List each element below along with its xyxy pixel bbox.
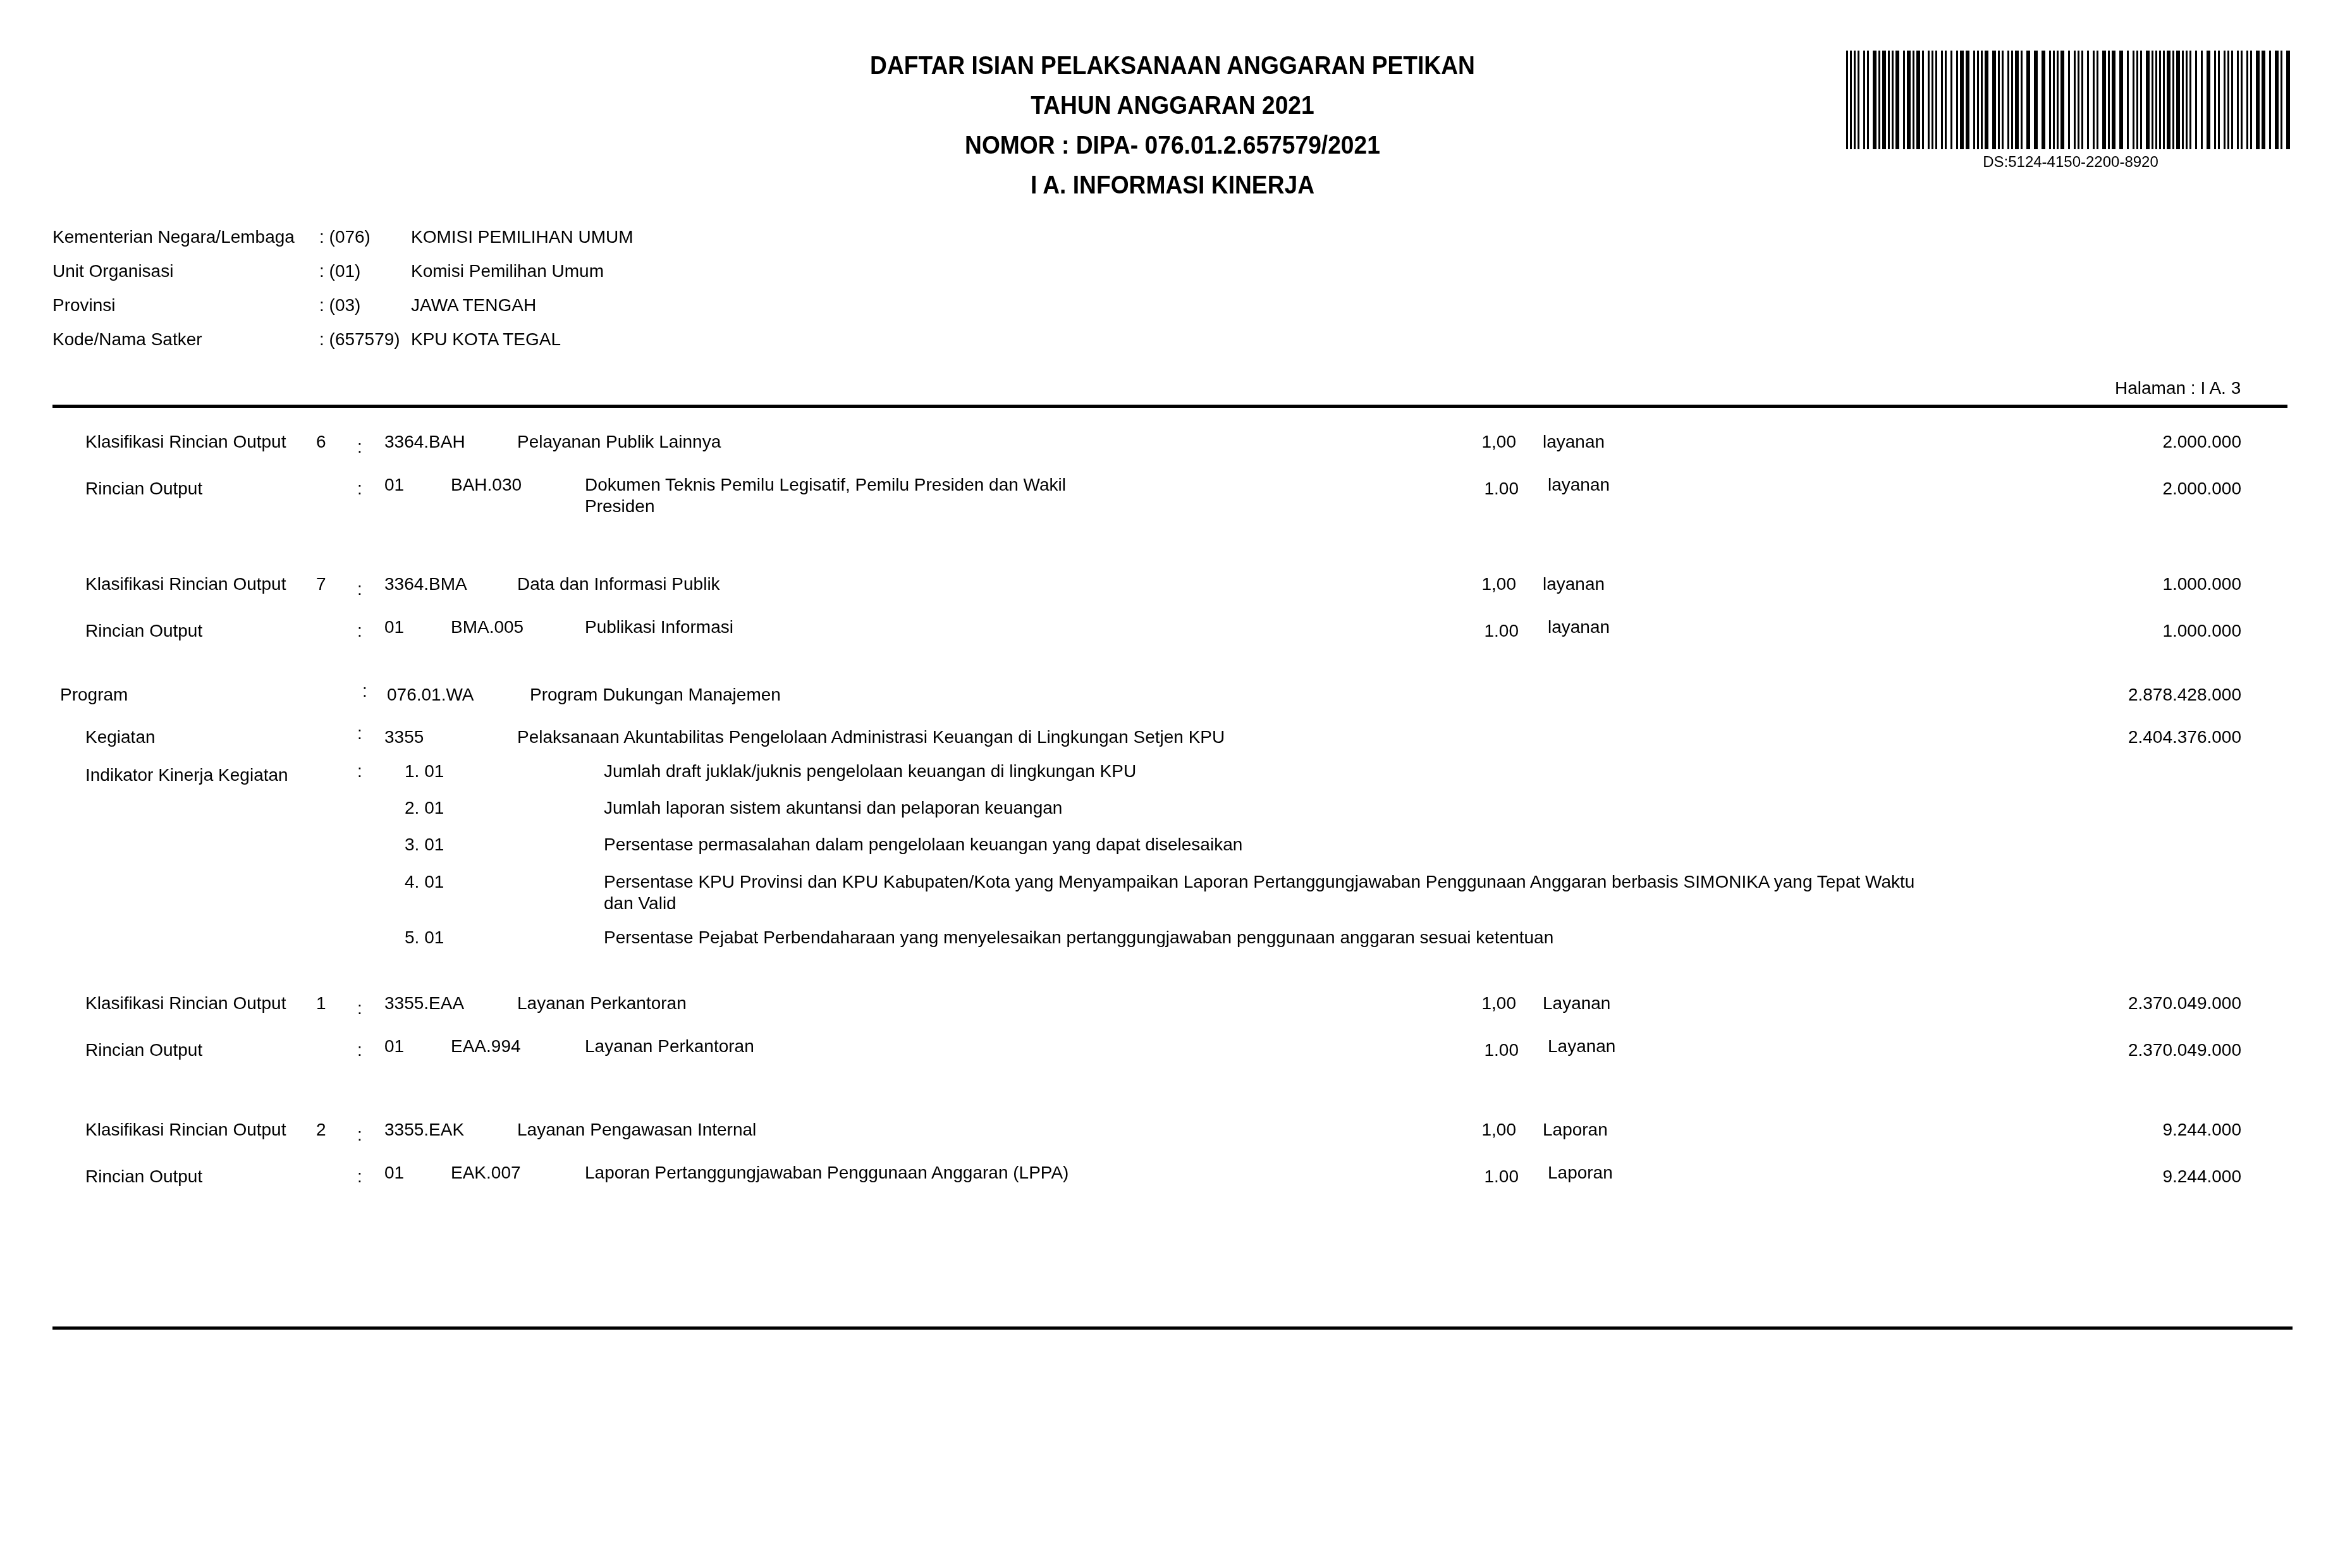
rincian-label: Rincian Output (85, 1166, 202, 1187)
klasifikasi-unit: layanan (1543, 431, 1605, 453)
klasifikasi-number: 1 (316, 993, 326, 1014)
klasifikasi-amount: 2.000.000 (2162, 431, 2241, 453)
rincian-unit: layanan (1548, 474, 1610, 496)
klasifikasi-volume: 1,00 (1482, 1119, 1517, 1141)
info-value: KOMISI PEMILIHAN UMUM (411, 226, 634, 248)
kegiatan-amount: 2.404.376.000 (2128, 726, 2241, 748)
klasifikasi-code: 3364.BAH (384, 431, 465, 453)
indikator-text: Persentase permasalahan dalam pengelolaa… (604, 834, 1938, 855)
klasifikasi-amount: 2.370.049.000 (2128, 993, 2241, 1014)
rincian-unit: Layanan (1548, 1036, 1615, 1057)
rincian-label: Rincian Output (85, 1039, 202, 1061)
info-code: : (076) (319, 226, 370, 248)
rincian-name: Laporan Pertanggungjawaban Penggunaan An… (585, 1162, 1103, 1184)
indikator-number: 1. 01 (405, 761, 444, 782)
page-label: Halaman : (2115, 378, 2196, 398)
rincian-amount: 2.000.000 (2162, 478, 2241, 499)
rincian-volume: 1.00 (1485, 1039, 1519, 1061)
colon: : (357, 436, 362, 458)
top-rule (52, 405, 2287, 408)
rincian-volume: 1.00 (1485, 1166, 1519, 1187)
klasifikasi-code: 3364.BMA (384, 573, 467, 595)
klasifikasi-label: Klasifikasi Rincian Output (85, 1119, 286, 1141)
page-value: I A. 3 (2200, 378, 2241, 398)
rincian-unit: Laporan (1548, 1162, 1613, 1184)
klasifikasi-label: Klasifikasi Rincian Output (85, 993, 286, 1014)
colon: : (357, 579, 362, 600)
rincian-volume: 1.00 (1485, 478, 1519, 499)
rincian-amount: 9.244.000 (2162, 1166, 2241, 1187)
indikator-text: Jumlah laporan sistem akuntansi dan pela… (604, 797, 1938, 819)
rincian-code: BMA.005 (451, 616, 523, 638)
rincian-name: Layanan Perkantoran (585, 1036, 1103, 1057)
klasifikasi-number: 7 (316, 573, 326, 595)
program-code: 076.01.WA (387, 684, 474, 706)
colon: : (362, 680, 367, 702)
barcode-text: DS:5124-4150-2200-8920 (1846, 152, 2295, 173)
klasifikasi-volume: 1,00 (1482, 993, 1517, 1014)
klasifikasi-volume: 1,00 (1482, 431, 1517, 453)
rincian-number: 01 (384, 1036, 404, 1057)
rincian-volume: 1.00 (1485, 620, 1519, 642)
rincian-code: EAK.007 (451, 1162, 521, 1184)
rincian-code: BAH.030 (451, 474, 522, 496)
colon: : (357, 1039, 362, 1061)
indikator-number: 5. 01 (405, 927, 444, 948)
indikator-text: Persentase Pejabat Perbendaharaan yang m… (604, 927, 1938, 948)
klasifikasi-unit: Laporan (1543, 1119, 1608, 1141)
colon: : (357, 1166, 362, 1187)
klasifikasi-number: 6 (316, 431, 326, 453)
klasifikasi-label: Klasifikasi Rincian Output (85, 431, 286, 453)
kegiatan-code: 3355 (384, 726, 424, 748)
rincian-code: EAA.994 (451, 1036, 521, 1057)
program-label: Program (60, 684, 128, 706)
colon: : (357, 478, 362, 499)
rincian-number: 01 (384, 474, 404, 496)
barcode (1846, 51, 2295, 149)
klasifikasi-unit: layanan (1543, 573, 1605, 595)
klasifikasi-amount: 1.000.000 (2162, 573, 2241, 595)
rincian-name: Publikasi Informasi (585, 616, 1103, 638)
info-value: JAWA TENGAH (411, 295, 536, 316)
klasifikasi-code: 3355.EAA (384, 993, 464, 1014)
info-value: Komisi Pemilihan Umum (411, 260, 604, 282)
indikator-number: 4. 01 (405, 871, 444, 893)
info-value: KPU KOTA TEGAL (411, 329, 561, 350)
klasifikasi-label: Klasifikasi Rincian Output (85, 573, 286, 595)
klasifikasi-name: Pelayanan Publik Lainnya (517, 431, 721, 453)
rincian-label: Rincian Output (85, 478, 202, 499)
page-number: Halaman : I A. 3 (2115, 377, 2241, 399)
info-label: Kementerian Negara/Lembaga (52, 226, 295, 248)
indikator-label: Indikator Kinerja Kegiatan (85, 764, 288, 786)
indikator-number: 2. 01 (405, 797, 444, 819)
klasifikasi-number: 2 (316, 1119, 326, 1141)
colon: : (357, 761, 362, 782)
rincian-amount: 1.000.000 (2162, 620, 2241, 642)
rincian-amount: 2.370.049.000 (2128, 1039, 2241, 1061)
kegiatan-name: Pelaksanaan Akuntabilitas Pengelolaan Ad… (517, 726, 1225, 748)
klasifikasi-unit: Layanan (1543, 993, 1610, 1014)
kegiatan-label: Kegiatan (85, 726, 156, 748)
klasifikasi-amount: 9.244.000 (2162, 1119, 2241, 1141)
section-title: I A. INFORMASI KINERJA (82, 171, 2263, 200)
info-label: Provinsi (52, 295, 116, 316)
info-label: Unit Organisasi (52, 260, 173, 282)
colon: : (357, 620, 362, 642)
rincian-label: Rincian Output (85, 620, 202, 642)
klasifikasi-name: Data dan Informasi Publik (517, 573, 720, 595)
program-name: Program Dukungan Manajemen (530, 684, 781, 706)
klasifikasi-name: Layanan Perkantoran (517, 993, 687, 1014)
colon: : (357, 998, 362, 1019)
indikator-text: Persentase KPU Provinsi dan KPU Kabupate… (604, 871, 1938, 914)
indikator-text: Jumlah draft juklak/juknis pengelolaan k… (604, 761, 1938, 782)
colon: : (357, 1124, 362, 1146)
klasifikasi-volume: 1,00 (1482, 573, 1517, 595)
info-code: : (657579) (319, 329, 400, 350)
info-code: : (03) (319, 295, 360, 316)
rincian-name: Dokumen Teknis Pemilu Legisatif, Pemilu … (585, 474, 1103, 517)
program-amount: 2.878.428.000 (2128, 684, 2241, 706)
rincian-number: 01 (384, 616, 404, 638)
klasifikasi-code: 3355.EAK (384, 1119, 464, 1141)
bottom-rule (52, 1326, 2293, 1330)
klasifikasi-name: Layanan Pengawasan Internal (517, 1119, 756, 1141)
rincian-number: 01 (384, 1162, 404, 1184)
colon: : (357, 723, 362, 744)
info-label: Kode/Nama Satker (52, 329, 202, 350)
indikator-number: 3. 01 (405, 834, 444, 855)
info-code: : (01) (319, 260, 360, 282)
rincian-unit: layanan (1548, 616, 1610, 638)
